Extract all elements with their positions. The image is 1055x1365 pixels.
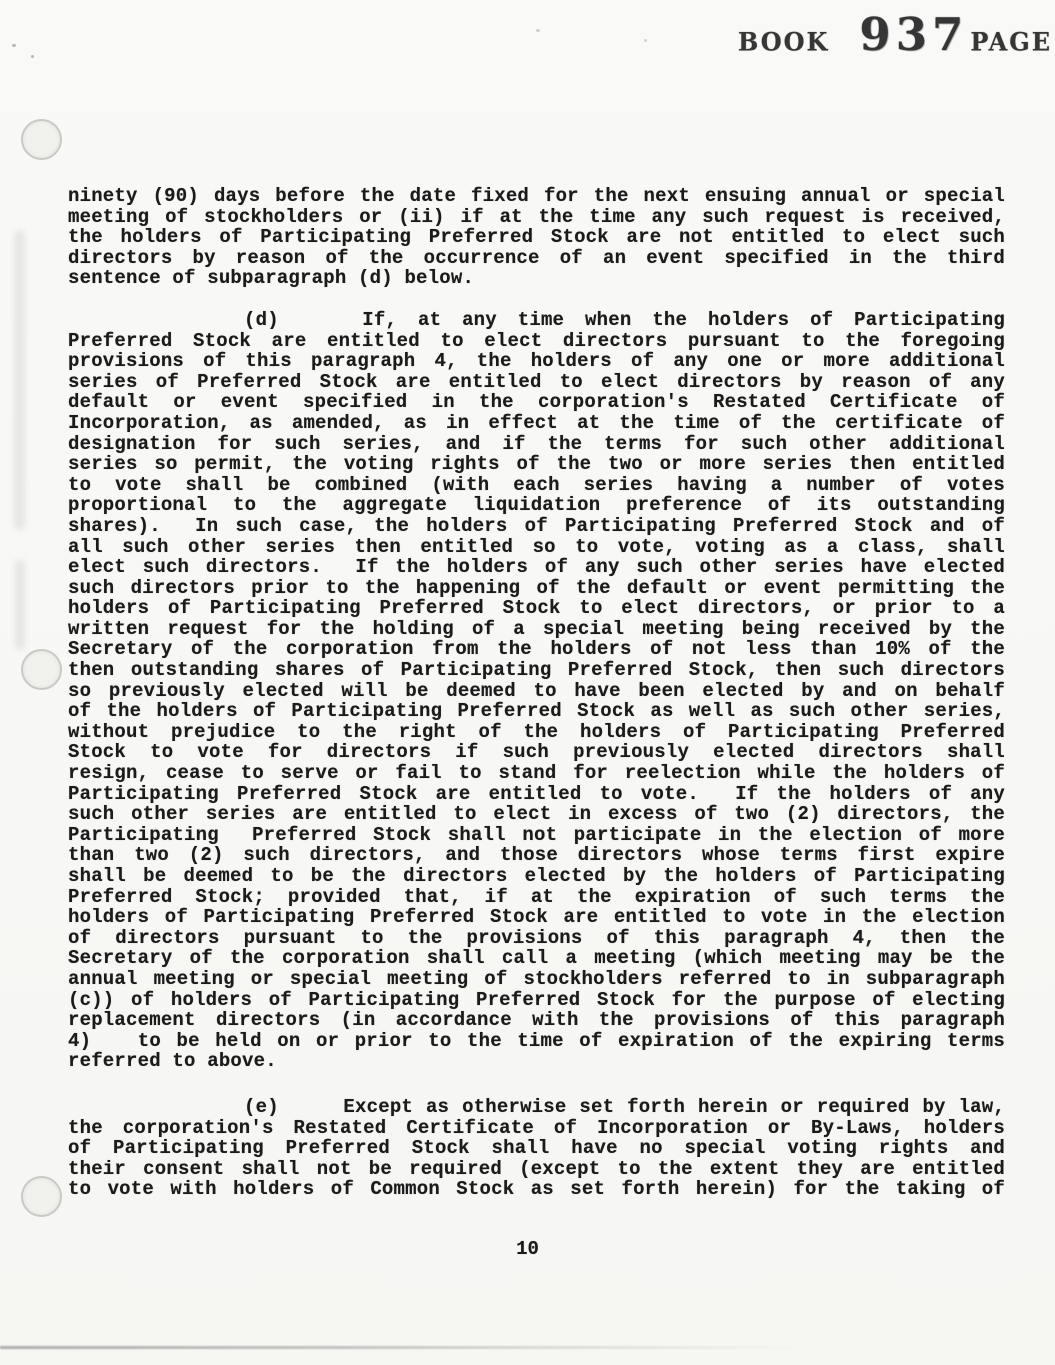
document-body: ninety (90) days before the date fixed f… bbox=[68, 186, 1005, 1200]
book-page-stamp: BOOK 937 PAGE 362 bbox=[738, 12, 1055, 57]
text-line: of directors pursuant to the provisions … bbox=[68, 928, 1005, 949]
text-line: ninety (90) days before the date fixed f… bbox=[68, 186, 1005, 207]
text-line: holders of Participating Preferred Stock… bbox=[68, 598, 1005, 619]
text-line: default or event specified in the corpor… bbox=[68, 392, 1005, 413]
text-line: shall be deemed to be the directors elec… bbox=[68, 866, 1005, 887]
page-label: PAGE bbox=[970, 26, 1052, 56]
text-line: than two (2) such directors, and those d… bbox=[68, 845, 1005, 866]
text-line: Secretary of the corporation shall call … bbox=[68, 948, 1005, 969]
book-label: BOOK bbox=[738, 26, 829, 56]
text-line: designation for such series, and if the … bbox=[68, 434, 1005, 455]
hole-punch bbox=[21, 1176, 62, 1217]
text-line: Stock to vote for directors if such prev… bbox=[68, 742, 1005, 763]
text-line: to vote with holders of Common Stock as … bbox=[68, 1179, 1005, 1200]
text-line: (e) Except as otherwise set forth herein… bbox=[68, 1097, 1005, 1118]
text-line: resign, cease to serve or fail to stand … bbox=[68, 763, 1005, 784]
text-line: the holders of Participating Preferred S… bbox=[68, 227, 1005, 248]
book-number: 937 bbox=[859, 12, 968, 57]
text-line: sentence of subparagraph (d) below. bbox=[68, 268, 1005, 289]
text-line: directors by reason of the occurrence of… bbox=[68, 248, 1005, 269]
text-line: then outstanding shares of Participating… bbox=[68, 660, 1005, 681]
text-line: holders of Participating Preferred Stock… bbox=[68, 907, 1005, 928]
paragraph-continuation: ninety (90) days before the date fixed f… bbox=[68, 186, 1005, 289]
ink-speck bbox=[12, 44, 16, 47]
text-line: replacement directors (in accordance wit… bbox=[68, 1010, 1005, 1031]
text-line: the corporation's Restated Certificate o… bbox=[68, 1118, 1005, 1139]
paragraph-subparagraph-e: (e) Except as otherwise set forth herein… bbox=[68, 1097, 1005, 1200]
text-line: meeting of stockholders or (ii) if at th… bbox=[68, 207, 1005, 228]
page-number: 10 bbox=[0, 1238, 1055, 1260]
text-line: Preferred Stock; provided that, if at th… bbox=[68, 887, 1005, 908]
text-line: Secretary of the corporation from the ho… bbox=[68, 639, 1005, 660]
text-line: Incorporation, as amended, as in effect … bbox=[68, 413, 1005, 434]
ink-speck bbox=[31, 55, 34, 58]
text-line: such directors prior to the happening of… bbox=[68, 578, 1005, 599]
text-line: of Participating Preferred Stock shall h… bbox=[68, 1138, 1005, 1159]
text-line: annual meeting or special meeting of sto… bbox=[68, 969, 1005, 990]
scan-edge-line bbox=[0, 1346, 800, 1349]
text-line: referred to above. bbox=[68, 1051, 1005, 1072]
paragraph-subparagraph-d: (d) If, at any time when the holders of … bbox=[68, 310, 1005, 1072]
text-line: of the holders of Participating Preferre… bbox=[68, 701, 1005, 722]
text-line: all such other series then entitled so t… bbox=[68, 537, 1005, 558]
text-line: 4) to be held on or prior to the time of… bbox=[68, 1031, 1005, 1052]
hole-punch bbox=[21, 649, 62, 690]
text-line: Participating Preferred Stock are entitl… bbox=[68, 784, 1005, 805]
text-line: (c)) of holders of Participating Preferr… bbox=[68, 990, 1005, 1011]
text-line: so previously elected will be deemed to … bbox=[68, 681, 1005, 702]
text-line: such other series are entitled to elect … bbox=[68, 804, 1005, 825]
text-line: their consent shall not be required (exc… bbox=[68, 1159, 1005, 1180]
scan-streak bbox=[14, 230, 25, 530]
text-line: without prejudice to the right of the ho… bbox=[68, 722, 1005, 743]
hole-punch bbox=[21, 119, 62, 160]
scanned-document-page: BOOK 937 PAGE 362 ninety (90) days befor… bbox=[0, 0, 1055, 1365]
text-line: elect such directors. If the holders of … bbox=[68, 557, 1005, 578]
text-line: written request for the holding of a spe… bbox=[68, 619, 1005, 640]
ink-speck bbox=[536, 29, 540, 32]
text-line: provisions of this paragraph 4, the hold… bbox=[68, 351, 1005, 372]
ink-speck bbox=[644, 39, 647, 42]
text-line: series of Preferred Stock are entitled t… bbox=[68, 372, 1005, 393]
text-line: Participating Preferred Stock shall not … bbox=[68, 825, 1005, 846]
text-line: proportional to the aggregate liquidatio… bbox=[68, 495, 1005, 516]
text-line: to vote shall be combined (with each ser… bbox=[68, 475, 1005, 496]
text-line: shares). In such case, the holders of Pa… bbox=[68, 516, 1005, 537]
text-line: Preferred Stock are entitled to elect di… bbox=[68, 331, 1005, 352]
text-line: (d) If, at any time when the holders of … bbox=[68, 310, 1005, 331]
scan-streak bbox=[15, 560, 25, 650]
text-line: series so permit, the voting rights of t… bbox=[68, 454, 1005, 475]
